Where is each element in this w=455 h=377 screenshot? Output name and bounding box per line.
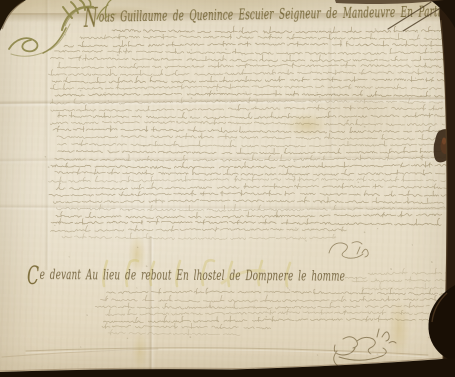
- fold-crease-vertical: [148, 236, 155, 377]
- subheading-initial: C: [27, 261, 39, 290]
- parchment-stain: [300, 52, 430, 172]
- subheading-text: e devant Au lieu de rebout En lhostel de…: [40, 267, 345, 285]
- parchment-stain: [388, 298, 410, 360]
- fold-crease-vertical: [44, 0, 51, 270]
- fold-crease-horizontal: [0, 96, 455, 108]
- heading-initial: N: [84, 3, 98, 34]
- parchment-stain: [286, 112, 328, 138]
- fold-crease-vertical: [328, 28, 335, 158]
- heading-text: ous Guillaume de Quenince Escuier Seigne…: [99, 2, 447, 25]
- fold-crease-horizontal: [0, 154, 455, 164]
- parchment-stain: [132, 330, 148, 372]
- fold-crease-horizontal: [0, 204, 455, 213]
- parchment: [0, 0, 455, 377]
- subheading-line: Ce devant Au lieu de rebout En lhostel d…: [27, 263, 345, 290]
- photo-frame: Nous Guillaume de Quenince Escuier Seign…: [0, 0, 455, 377]
